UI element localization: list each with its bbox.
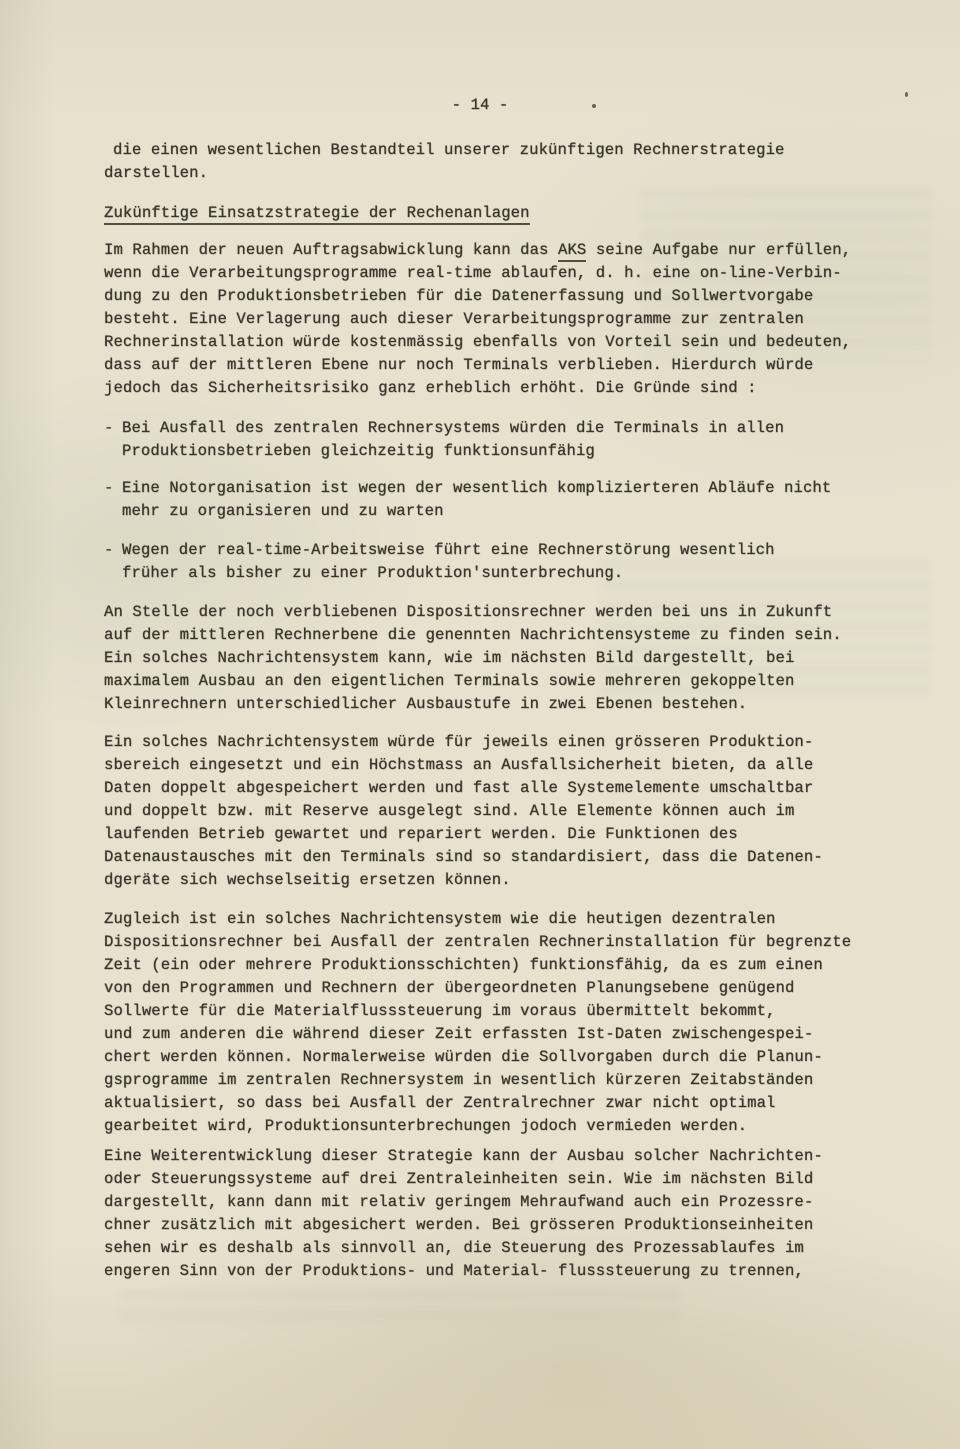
text-segment: Im Rahmen der neuen Auftragsabwicklung k…	[104, 241, 558, 259]
bleed-through-smudge	[120, 1290, 680, 1330]
text-line: aktualisiert, so dass bei Ausfall der Ze…	[104, 1092, 864, 1115]
text-line: sbereich eingesetzt und ein Höchstmass a…	[104, 754, 864, 777]
text-line: darstellen.	[104, 162, 864, 185]
text-line: von den Programmen und Rechnern der über…	[104, 977, 864, 1000]
document-page: - 14 - die einen wesentlichen Bestandtei…	[0, 0, 960, 1449]
text-line: Produktionsbetrieben gleichzeitig funkti…	[122, 440, 882, 463]
text-line: chert werden können. Normalerweise würde…	[104, 1046, 864, 1069]
text-line: jedoch das Sicherheitsrisiko ganz erhebl…	[104, 377, 864, 400]
text-line: Wegen der real-time-Arbeitsweise führt e…	[122, 539, 882, 562]
text-line: Sollwerte für die Materialflusssteuerung…	[104, 1000, 864, 1023]
text-line: Bei Ausfall des zentralen Rechnersystems…	[122, 417, 882, 440]
bullet-item: - Wegen der real-time-Arbeitsweise führt…	[104, 539, 882, 585]
text-line: dgeräte sich wechselseitig ersetzen könn…	[104, 869, 864, 892]
text-line: und doppelt bzw. mit Reserve ausgelegt s…	[104, 800, 864, 823]
text-line: früher als bisher zu einer Produktion'su…	[122, 562, 882, 585]
paragraph-weiterentwicklung: Eine Weiterentwicklung dieser Strategie …	[104, 1145, 864, 1283]
text-line: oder Steuerungssysteme auf drei Zentrale…	[104, 1168, 864, 1191]
text-line: und zum anderen die während dieser Zeit …	[104, 1023, 864, 1046]
intro-paragraph: die einen wesentlichen Bestandteil unser…	[104, 139, 864, 185]
text-line: gsprogramme im zentralen Rechnersystem i…	[104, 1069, 864, 1092]
bullet-item: - Eine Notorganisation ist wegen der wes…	[104, 477, 882, 523]
aks-underlined-text: AKS	[558, 241, 586, 262]
bullet-item: - Bei Ausfall des zentralen Rechnersyste…	[104, 417, 882, 463]
text-line: Dispositionsrechner bei Ausfall der zent…	[104, 931, 864, 954]
bullet-dash: -	[104, 539, 113, 562]
text-line: maximalem Ausbau an den eigentlichen Ter…	[104, 670, 864, 693]
section-heading: Zukünftige Einsatzstrategie der Rechenan…	[104, 202, 864, 225]
bullet-dash: -	[104, 477, 113, 500]
text-line: Zeit (ein oder mehrere Produktionsschich…	[104, 954, 864, 977]
text-line: gearbeitet wird, Produktionsunterbrechun…	[104, 1115, 864, 1138]
paragraph-an-stelle: An Stelle der noch verbliebenen Disposit…	[104, 601, 864, 716]
text-line: Daten doppelt abgespeichert werden und f…	[104, 777, 864, 800]
page-number: - 14 -	[104, 94, 856, 117]
text-line: Ein solches Nachrichtensystem kann, wie …	[104, 647, 864, 670]
text-line: sehen wir es deshalb als sinnvoll an, di…	[104, 1237, 864, 1260]
text-line: Ein solches Nachrichtensystem würde für …	[104, 731, 864, 754]
paragraph-zugleich: Zugleich ist ein solches Nachrichtensyst…	[104, 908, 864, 1138]
text-segment: seine Aufgabe nur erfüllen,	[586, 241, 851, 259]
text-line: dung zu den Produktionsbetrieben für die…	[104, 285, 864, 308]
text-line: chner zusätzlich mit abgesichert werden.…	[104, 1214, 864, 1237]
text-line: Zugleich ist ein solches Nachrichtensyst…	[104, 908, 864, 931]
text-line: Eine Notorganisation ist wegen der wesen…	[122, 477, 882, 500]
text-line: dass auf der mittleren Ebene nur noch Te…	[104, 354, 864, 377]
text-line: mehr zu organisieren und zu warten	[122, 500, 882, 523]
bullet-dash: -	[104, 417, 113, 440]
text-line: An Stelle der noch verbliebenen Disposit…	[104, 601, 864, 624]
text-line: Rechnerinstallation würde kostenmässig e…	[104, 331, 864, 354]
paper-speck	[905, 92, 908, 97]
text-line: Datenaustausches mit den Terminals sind …	[104, 846, 864, 869]
text-line: besteht. Eine Verlagerung auch dieser Ve…	[104, 308, 864, 331]
paragraph-im-rahmen: Im Rahmen der neuen Auftragsabwicklung k…	[104, 239, 864, 400]
heading-underlined-text: Zukünftige Einsatzstrategie der Rechenan…	[104, 204, 530, 225]
text-line: Eine Weiterentwicklung dieser Strategie …	[104, 1145, 864, 1168]
text-line: engeren Sinn von der Produktions- und Ma…	[104, 1260, 864, 1283]
text-line: Kleinrechnern unterschiedlicher Ausbaust…	[104, 693, 864, 716]
text-line: Zukünftige Einsatzstrategie der Rechenan…	[104, 202, 864, 225]
text-line: Im Rahmen der neuen Auftragsabwicklung k…	[104, 239, 864, 262]
text-line: auf der mittleren Rechnerbene die genenn…	[104, 624, 864, 647]
text-line: laufenden Betrieb gewartet und repariert…	[104, 823, 864, 846]
paragraph-nachrichtensystem: Ein solches Nachrichtensystem würde für …	[104, 731, 864, 892]
text-line: die einen wesentlichen Bestandteil unser…	[104, 139, 864, 162]
text-line: dargestellt, kann dann mit relativ gerin…	[104, 1191, 864, 1214]
text-line: wenn die Verarbeitungsprogramme real-tim…	[104, 262, 864, 285]
